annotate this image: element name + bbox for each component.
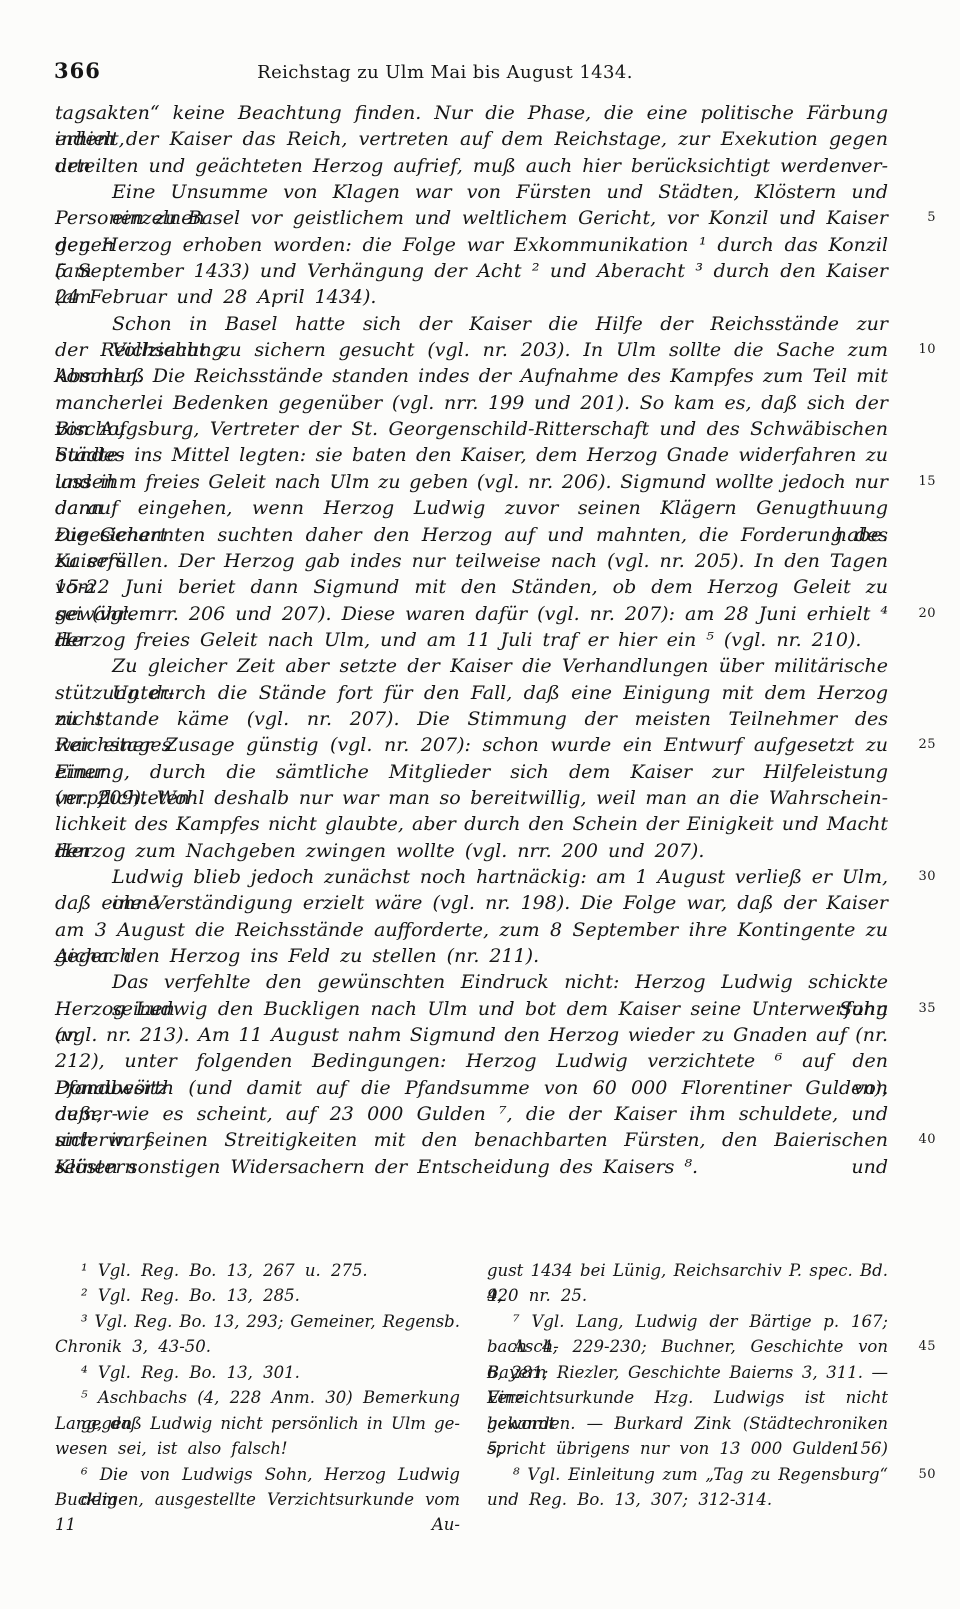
- body-line: gegen den Herzog ins Feld zu stellen (nr…: [55, 943, 888, 969]
- margin-line-number: 25: [918, 738, 936, 751]
- footnote-line: ⁵ Aschbachs (4, 228 Anm. 30) Bemerkung g…: [55, 1385, 460, 1410]
- body-line: und ihm freies Geleit nach Ulm zu geben …: [55, 469, 888, 495]
- body-line: daß eine Verständigung erzielt wäre (vgl…: [55, 890, 888, 916]
- body-line: Herzog zum Nachgeben zwingen wollte (vgl…: [55, 838, 888, 864]
- margin-line-number: 50: [918, 1468, 936, 1481]
- scanned-book-page: 366 Reichstag zu Ulm Mai bis August 1434…: [0, 0, 960, 1609]
- body-line: Herzog Ludwig den Buckligen nach Ulm und…: [55, 996, 888, 1022]
- body-line: 15-22 Juni beriet dann Sigmund mit den S…: [55, 574, 888, 600]
- footnote-line: Verzichtsurkunde Hzg. Ludwigs ist nicht …: [487, 1385, 888, 1410]
- body-line: Personen zu Basel vor geistlichem und we…: [55, 205, 888, 231]
- line-text: ¹ Vgl. Reg. Bo. 13, 267 u. 275.: [81, 1261, 368, 1280]
- body-line: stützung durch die Stände fort für den F…: [55, 680, 888, 706]
- footnote-line: Buckligen, ausgestellte Verzichtsurkunde…: [55, 1487, 460, 1512]
- footnote-column-left: ¹ Vgl. Reg. Bo. 13, 267 u. 275. ² Vgl. R…: [55, 1258, 460, 1512]
- line-text: und Reg. Bo. 13, 307; 312-314.: [487, 1490, 772, 1509]
- line-text: (nr. 209). Wohl deshalb nur war man so b…: [55, 787, 888, 809]
- margin-line-number: 5: [927, 211, 936, 224]
- footnote-line: ⁶ Die von Ludwigs Sohn, Herzog Ludwig de…: [55, 1462, 460, 1487]
- footnote-line: 6, 281; Riezler, Geschichte Baierns 3, 3…: [487, 1360, 888, 1385]
- line-text: spricht übrigens nur von 13 000 Gulden.: [487, 1439, 858, 1458]
- body-line: lichkeit des Kampfes nicht glaubte, aber…: [55, 811, 888, 837]
- margin-line-number: 45: [918, 1340, 936, 1353]
- footnotes: ¹ Vgl. Reg. Bo. 13, 267 u. 275. ² Vgl. R…: [55, 1258, 888, 1512]
- line-text: 420 nr. 25.: [487, 1286, 587, 1305]
- body-line: Herzog freies Geleit nach Ulm, und am 11…: [55, 627, 888, 653]
- footnote-column-right: gust 1434 bei Lünig, Reichsarchiv P. spe…: [487, 1258, 888, 1512]
- footnote-line: und Reg. Bo. 13, 307; 312-314.: [487, 1487, 888, 1512]
- body-line: darauf eingehen, wenn Herzog Ludwig zuvo…: [55, 495, 888, 521]
- line-text: wesen sei, ist also falsch!: [55, 1439, 288, 1458]
- body-line: Schon in Basel hatte sich der Kaiser die…: [55, 311, 888, 337]
- body-line: Eine Unsumme von Klagen war von Fürsten …: [55, 179, 888, 205]
- body-line: tagsakten“ keine Beachtung finden. Nur d…: [55, 100, 888, 126]
- footnote-line: bach 4, 229-230; Buchner, Geschichte von…: [487, 1334, 888, 1359]
- body-line: von Augsburg, Vertreter der St. Georgens…: [55, 416, 888, 442]
- line-text: gegen den Herzog ins Feld zu stellen (nr…: [55, 945, 539, 967]
- body-line: Die Genannten suchten daher den Herzog a…: [55, 522, 888, 548]
- line-text: seinen sonstigen Widersachern der Entsch…: [55, 1156, 698, 1178]
- body-line: bundes ins Mittel legten: sie baten den …: [55, 442, 888, 468]
- body-line: der Reichsacht zu sichern gesucht (vgl. …: [55, 337, 888, 363]
- footnote-line: ² Vgl. Reg. Bo. 13, 285.: [55, 1283, 460, 1308]
- body-line: sei (vgl. nrr. 206 und 207). Diese waren…: [55, 601, 888, 627]
- margin-line-number: 35: [918, 1002, 936, 1015]
- footnote-line: ⁸ Vgl. Einleitung zum „Tag zu Regensburg…: [487, 1462, 888, 1487]
- line-text: 24 Februar und 28 April 1434).: [55, 286, 376, 308]
- footnote-line: ³ Vgl. Reg. Bo. 13, 293; Gemeiner, Regen…: [55, 1309, 460, 1334]
- line-text: Lang, daß Ludwig nicht persönlich in Ulm…: [55, 1414, 460, 1433]
- body-line: sich in seinen Streitigkeiten mit den be…: [55, 1127, 888, 1153]
- footnote-line: spricht übrigens nur von 13 000 Gulden.: [487, 1436, 888, 1461]
- margin-line-number: 15: [918, 475, 936, 488]
- body-line: indem der Kaiser das Reich, vertreten au…: [55, 126, 888, 152]
- footnote-line: ⁷ Vgl. Lang, Ludwig der Bärtige p. 167; …: [487, 1309, 888, 1334]
- margin-line-number: 30: [918, 870, 936, 883]
- body-line: Das verfehlte den gewünschten Eindruck n…: [55, 969, 888, 995]
- line-text: Herzog zum Nachgeben zwingen wollte (vgl…: [55, 840, 704, 862]
- line-text: daß eine Verständigung erzielt wäre (vgl…: [55, 892, 888, 914]
- footnote-line: ¹ Vgl. Reg. Bo. 13, 267 u. 275.: [55, 1258, 460, 1283]
- line-text: ⁸ Vgl. Einleitung zum „Tag zu Regensburg…: [513, 1465, 888, 1484]
- body-line: Ludwig blieb jedoch zunächst noch hartnä…: [55, 864, 888, 890]
- footnote-line: wesen sei, ist also falsch!: [55, 1436, 460, 1461]
- footnote-line: gust 1434 bei Lünig, Reichsarchiv P. spe…: [487, 1258, 888, 1283]
- body-line: am 3 August die Reichsstände aufforderte…: [55, 917, 888, 943]
- body-line: 5 September 1433) und Verhängung der Ach…: [55, 258, 888, 284]
- line-text: ⁴ Vgl. Reg. Bo. 13, 301.: [81, 1363, 300, 1382]
- line-text: ³ Vgl. Reg. Bo. 13, 293; Gemeiner, Regen…: [81, 1312, 460, 1331]
- body-line: 24 Februar und 28 April 1434).: [55, 284, 888, 310]
- body-line: (vgl. nr. 213). Am 11 August nahm Sigmun…: [55, 1022, 888, 1048]
- line-text: Chronik 3, 43-50.: [55, 1337, 211, 1356]
- footnote-line: Lang, daß Ludwig nicht persönlich in Ulm…: [55, 1411, 460, 1436]
- body-line: seinen sonstigen Widersachern der Entsch…: [55, 1154, 888, 1180]
- margin-line-number: 40: [918, 1133, 936, 1146]
- line-text: Herzog freies Geleit nach Ulm, und am 11…: [55, 629, 861, 651]
- body-line: den Herzog erhoben worden: die Folge war…: [55, 232, 888, 258]
- line-text: urteilten und geächteten Herzog aufrief,…: [55, 155, 858, 177]
- line-text: Buckligen, ausgestellte Verzichtsurkunde…: [55, 1490, 460, 1534]
- body-line: urteilten und geächteten Herzog aufrief,…: [55, 153, 888, 179]
- line-text: kommen. Die Reichsstände standen indes d…: [55, 365, 888, 387]
- body-line: 212), unter folgenden Bedingungen: Herzo…: [55, 1048, 888, 1074]
- body-line: zu erfüllen. Der Herzog gab indes nur te…: [55, 548, 888, 574]
- margin-line-number: 20: [918, 607, 936, 620]
- main-text-block: tagsakten“ keine Beachtung finden. Nur d…: [55, 100, 888, 1180]
- body-line: Zu gleicher Zeit aber setzte der Kaiser …: [55, 653, 888, 679]
- margin-line-number: 10: [918, 343, 936, 356]
- footnote-line: ⁴ Vgl. Reg. Bo. 13, 301.: [55, 1360, 460, 1385]
- body-line: (nr. 209). Wohl deshalb nur war man so b…: [55, 785, 888, 811]
- line-text: (vgl. nr. 213). Am 11 August nahm Sigmun…: [55, 1024, 888, 1046]
- footnote-line: Chronik 3, 43-50.: [55, 1334, 460, 1359]
- body-line: Einung, durch die sämtliche Mitglieder s…: [55, 759, 888, 785]
- body-line: war einer Zusage günstig (vgl. nr. 207):…: [55, 732, 888, 758]
- body-line: zu stande käme (vgl. nr. 207). Die Stimm…: [55, 706, 888, 732]
- body-line: kommen. Die Reichsstände standen indes d…: [55, 363, 888, 389]
- body-line: dem, wie es scheint, auf 23 000 Gulden ⁷…: [55, 1101, 888, 1127]
- body-line: Donauwörth (und damit auf die Pfandsumme…: [55, 1075, 888, 1101]
- running-title: Reichstag zu Ulm Mai bis August 1434.: [0, 62, 890, 83]
- footnote-line: 420 nr. 25.: [487, 1283, 888, 1308]
- line-text: ² Vgl. Reg. Bo. 13, 285.: [81, 1286, 300, 1305]
- footnote-line: geworden. — Burkard Zink (Städtechronike…: [487, 1411, 888, 1436]
- body-line: mancherlei Bedenken gegenüber (vgl. nrr.…: [55, 390, 888, 416]
